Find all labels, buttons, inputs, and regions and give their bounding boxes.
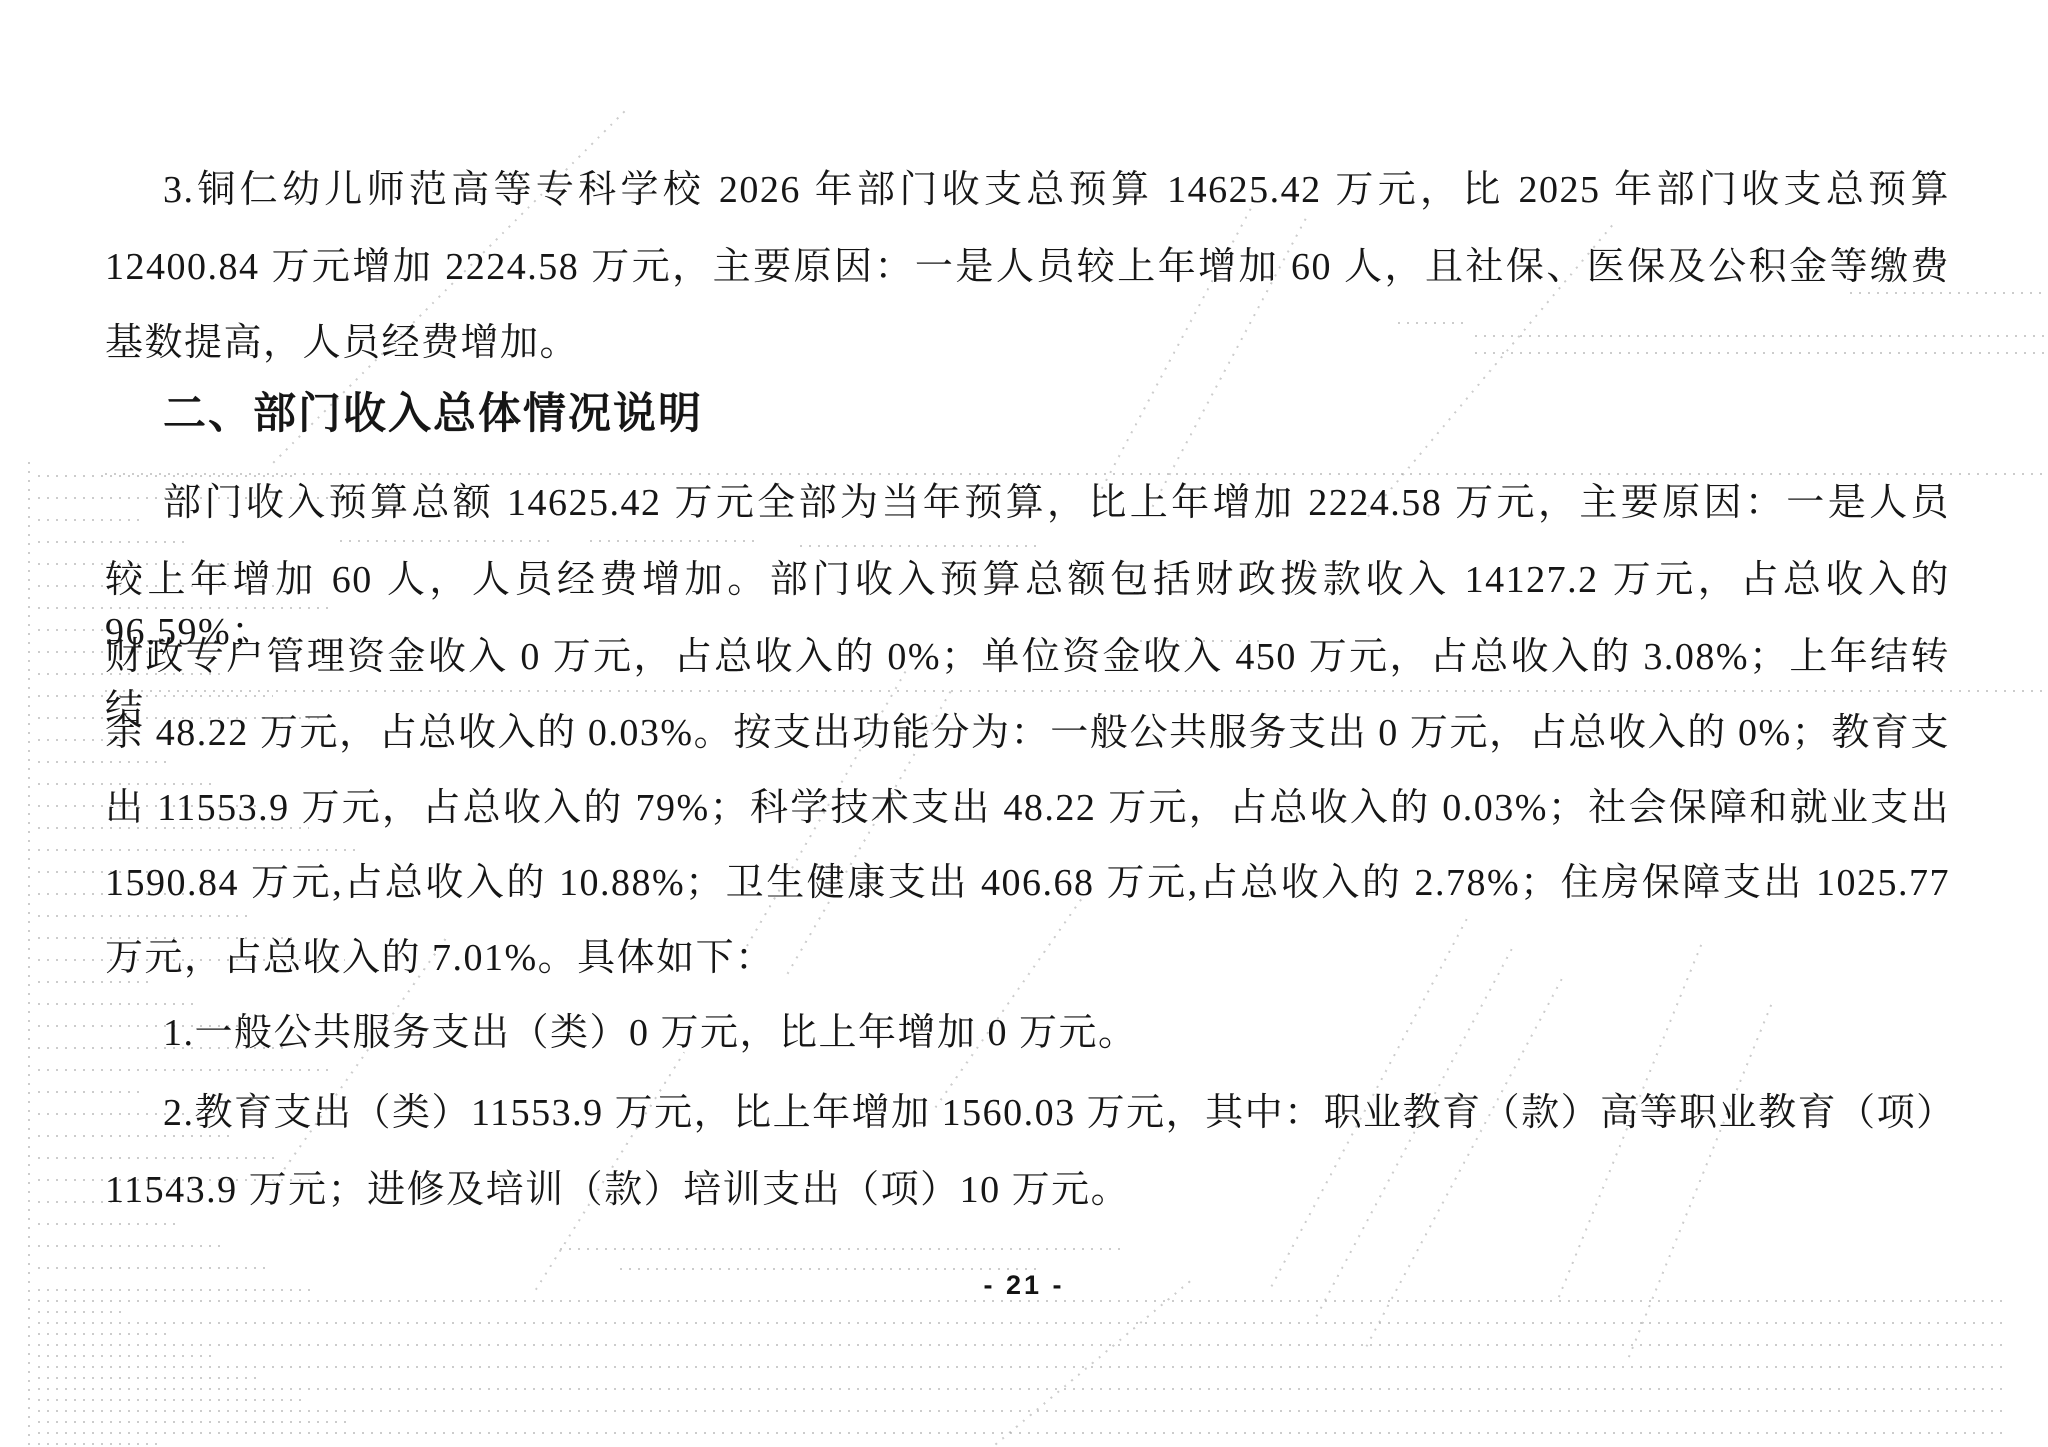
list-item-line: 2.教育支出（类）11553.9 万元，比上年增加 1560.03 万元，其中：… [105,1087,1950,1139]
dotted-line-artifact [38,915,253,917]
dotted-line-artifact [38,1245,223,1247]
dotted-line-artifact [560,1248,1120,1250]
dotted-line-artifact [38,1399,305,1401]
document-page: 3.铜仁幼儿师范高等专科学校 2026 年部门收支总预算 14625.42 万元… [0,0,2048,1447]
dotted-line-artifact [38,1069,335,1071]
dotted-line-artifact [105,473,2045,475]
dotted-line-artifact [38,1421,351,1423]
list-item-line: 1.一般公共服务支出（类）0 万元，比上年增加 0 万元。 [105,1007,1950,1059]
dotted-line-artifact [38,1157,279,1159]
dotted-line-artifact [38,1388,2008,1390]
dotted-line-artifact [38,541,191,543]
dotted-line-artifact [38,1410,2008,1412]
paragraph-line: 万元，占总收入的 7.01%。具体如下： [105,932,1950,984]
paragraph-line: 部门收入预算总额 14625.42 万元全部为当年预算，比上年增加 2224.5… [105,477,1950,529]
dotted-line-artifact [38,1223,177,1225]
paragraph-line: 1590.84 万元,占总收入的 10.88%；卫生健康支出 406.68 万元… [105,857,1950,909]
paragraph-line: 3.铜仁幼儿师范高等专科学校 2026 年部门收支总预算 14625.42 万元… [105,164,1950,216]
dotted-line-artifact [38,1267,269,1269]
page-number: - 21 - [0,1270,2048,1301]
dotted-line-artifact [995,1277,1195,1446]
dotted-line-artifact [38,1432,2008,1434]
dotted-line-artifact [935,894,1086,1108]
dotted-line-artifact [38,1344,2008,1346]
paragraph-line: 基数提高，人员经费增加。 [105,317,1950,369]
dotted-line-artifact [38,1355,213,1357]
dotted-line-artifact [38,849,355,851]
paragraph-line: 12400.84 万元增加 2224.58 万元，主要原因：一是人员较上年增加 … [105,241,1950,293]
dotted-line-artifact [38,1333,167,1335]
dotted-line-artifact [38,1366,2008,1368]
dotted-line-artifact [38,1322,2008,1324]
dotted-line-artifact [38,1003,197,1005]
dotted-line-artifact [340,540,550,542]
list-item-line: 11543.9 万元；进修及培训（款）培训支出（项）10 万元。 [105,1164,1950,1216]
dotted-line-artifact [38,1443,157,1445]
section-heading: 二、部门收入总体情况说明 [105,388,1950,440]
dotted-line-artifact [590,540,760,542]
paragraph-line: 余 48.22 万元，占总收入的 0.03%。按支出功能分为：一般公共服务支出 … [105,707,1950,759]
dotted-line-artifact [38,761,171,763]
dotted-line-artifact [38,1377,259,1379]
dotted-line-artifact [800,545,1040,547]
paragraph-line: 出 11553.9 万元，占总收入的 79%；科学技术支出 48.22 万元，占… [105,782,1950,834]
dotted-line-artifact [38,1311,121,1313]
